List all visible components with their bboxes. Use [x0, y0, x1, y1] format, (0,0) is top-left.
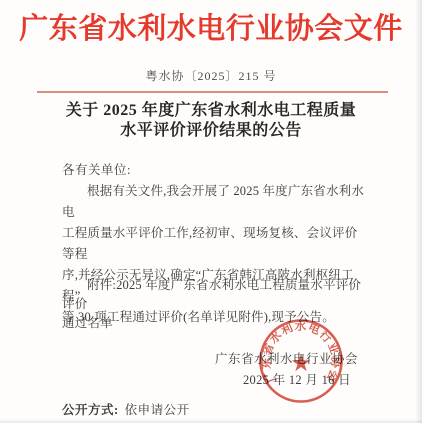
scan-artifact-bottom-edge: [0, 419, 422, 423]
seal-star-icon: ★: [290, 351, 312, 377]
announcement-title-line1: 关于 2025 年度广东省水利水电工程质量: [0, 101, 422, 121]
red-divider-line: [37, 91, 388, 93]
attachment-line: 附件:2025 年度广东省水利水电工程质量水平评价评价: [62, 276, 366, 314]
scan-artifact-right-edge: [415, 0, 422, 423]
red-letterhead-title: 广东省水利水电行业协会文件: [0, 6, 422, 47]
salutation: 各有关单位:: [62, 160, 131, 178]
official-seal-stamp: 广东省水利水电行业协会 ★: [257, 316, 345, 406]
document-number: 粤水协〔2025〕215 号: [0, 67, 422, 84]
scanned-official-document: 广东省水利水电行业协会文件 粤水协〔2025〕215 号 关于 2025 年度广…: [0, 0, 422, 423]
announcement-title: 关于 2025 年度广东省水利水电工程质量 水平评价评价结果的公告: [0, 101, 422, 141]
disclosure-line: 公开方式:依申请公开: [62, 400, 190, 418]
announcement-title-line2: 水平评价评价结果的公告: [0, 121, 422, 141]
body-line: 工程质量水平评价工作,经初审、现场复核、会议评价等程: [62, 223, 366, 265]
disclosure-label: 公开方式:: [62, 403, 119, 417]
body-line: 根据有关文件,我会开展了 2025 年度广东省水利水电: [62, 181, 366, 223]
disclosure-value: 依申请公开: [125, 403, 190, 417]
